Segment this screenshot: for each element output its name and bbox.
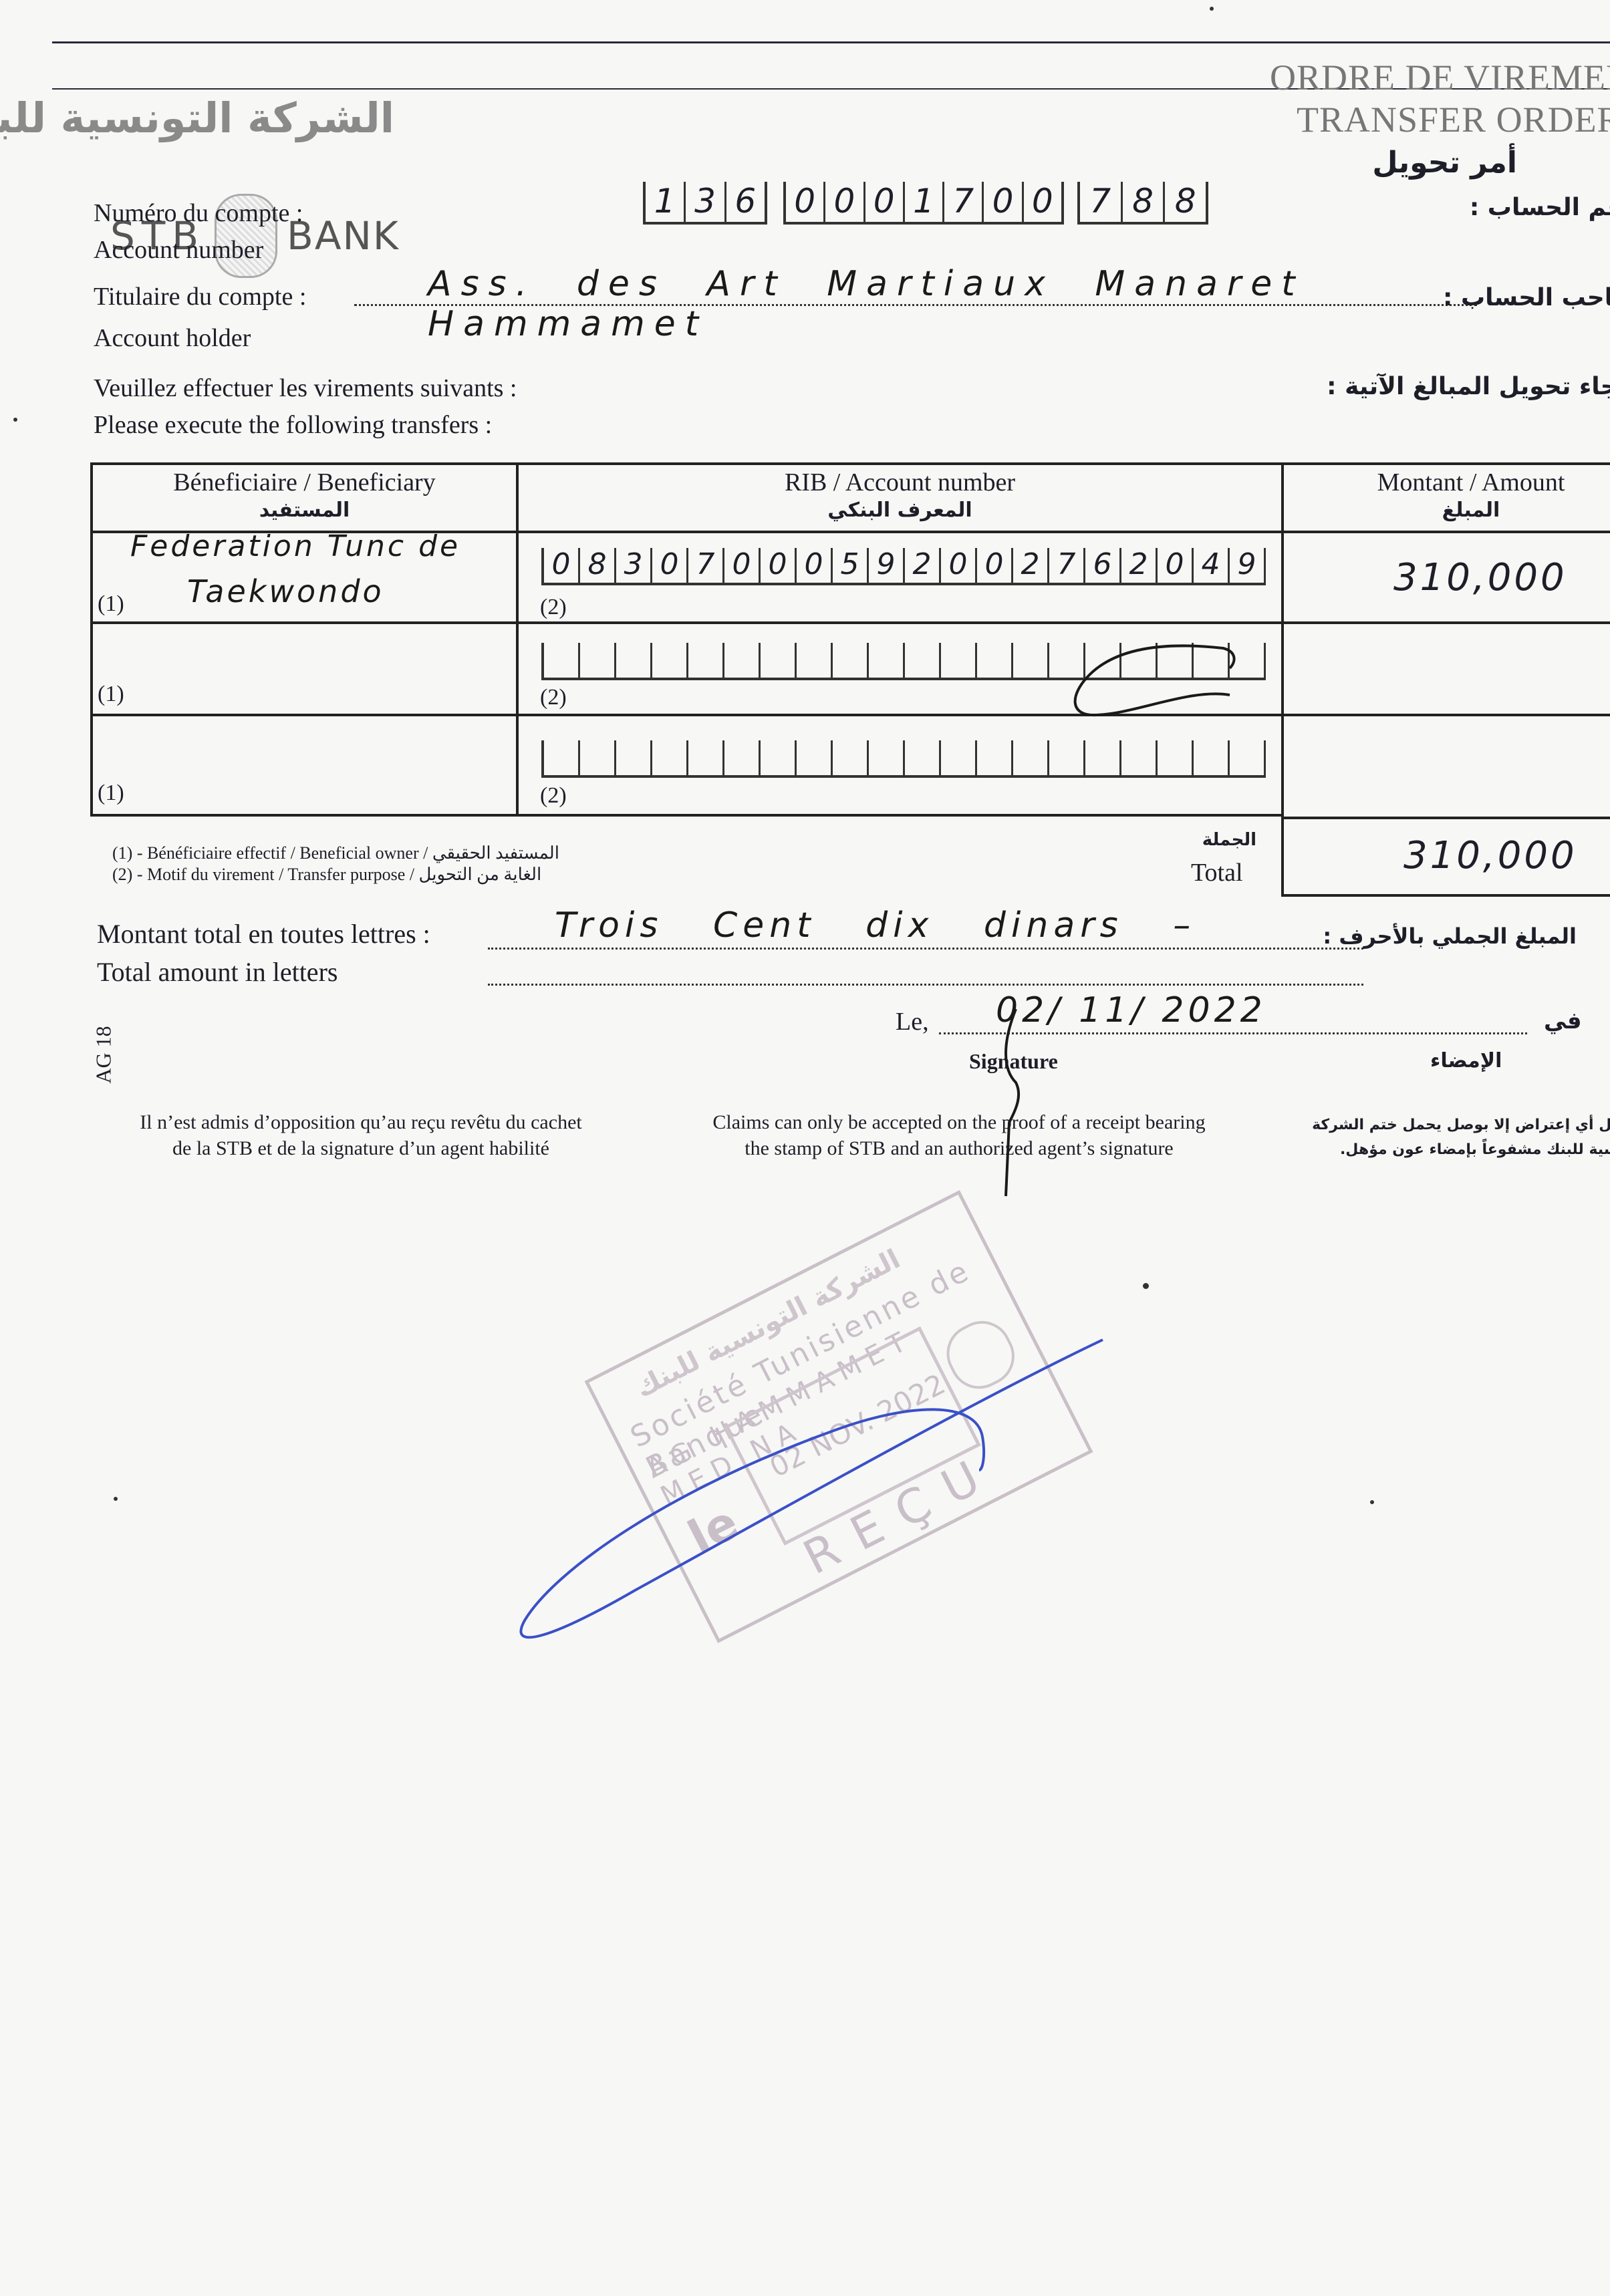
rib-digit[interactable] xyxy=(941,740,977,775)
account-holder-label-en: Account holder xyxy=(94,325,251,351)
rib-digit[interactable] xyxy=(688,643,724,678)
speck xyxy=(1210,7,1214,11)
rib-digit[interactable] xyxy=(724,643,761,678)
header-amount: Montant / Amount المبلغ xyxy=(1284,468,1610,523)
top-rule xyxy=(52,41,1610,43)
account-number-main[interactable]: 0001700 xyxy=(783,182,1064,225)
account-digit[interactable]: 0 xyxy=(1024,182,1061,222)
amount-letters-line-2 xyxy=(488,984,1363,986)
disclaimer-ar-line2: التونسية للبنك مشفوعاً بإمضاء عون مؤهل. xyxy=(1312,1137,1610,1162)
instructions-en: Please execute the following transfers : xyxy=(94,412,492,438)
disclaimer-fr-line1: Il n’est admis d’opposition qu’au reçu r… xyxy=(94,1109,628,1135)
account-holder-input[interactable]: Ass. des Art Martiaux Manaret Hammamet xyxy=(428,264,1610,344)
rib-digit[interactable] xyxy=(1230,740,1266,775)
rib-digit[interactable] xyxy=(761,740,797,775)
rib-digit[interactable]: 0 xyxy=(1158,548,1194,583)
rib-digit[interactable]: 0 xyxy=(544,548,580,583)
rib-digit[interactable]: 6 xyxy=(1085,548,1121,583)
speck xyxy=(13,418,17,422)
header-beneficiary: Béneficiaire / Beneficiary المستفيد xyxy=(93,468,516,523)
footnote-1: (1) - Bénéficiaire effectif / Beneficial… xyxy=(112,843,559,863)
rib-digit[interactable] xyxy=(1085,643,1121,678)
account-digit[interactable]: 7 xyxy=(1080,182,1123,222)
rib-digit[interactable] xyxy=(652,740,688,775)
total-amount[interactable]: 310,000 xyxy=(1403,834,1577,877)
rib-digit[interactable] xyxy=(688,740,724,775)
account-holder-label-ar: صاحب الحساب : xyxy=(1443,284,1610,311)
instructions-fr: Veuillez effectuer les virements suivant… xyxy=(94,376,517,401)
rib-digit[interactable]: 8 xyxy=(580,548,616,583)
rib-digit[interactable] xyxy=(616,643,652,678)
rib-digit[interactable] xyxy=(1049,740,1085,775)
disclaimer-fr-line2: de la STB et de la signature d’un agent … xyxy=(94,1135,628,1161)
account-holder-label: Titulaire du compte : xyxy=(94,284,306,309)
rib-digit[interactable] xyxy=(1194,643,1230,678)
beneficiary-row1-line2[interactable]: Taekwondo xyxy=(187,573,384,609)
rib-digit[interactable] xyxy=(941,643,977,678)
rib-digit[interactable] xyxy=(724,740,761,775)
rib-digit[interactable] xyxy=(1194,740,1230,775)
account-digit[interactable]: 7 xyxy=(944,182,984,222)
rib-digit[interactable]: 9 xyxy=(869,548,905,583)
rib-digit[interactable]: 0 xyxy=(652,548,688,583)
row1-marker1: (1) xyxy=(98,591,124,617)
rib-digit[interactable]: 0 xyxy=(761,548,797,583)
account-number-label: Numéro du compte : xyxy=(94,200,303,226)
bank-stamp: الشركة التونسية للبنك Société Tunisienne… xyxy=(584,1190,1093,1643)
account-digit[interactable]: 0 xyxy=(865,182,905,222)
rib-digit[interactable] xyxy=(652,643,688,678)
row3-marker1: (1) xyxy=(98,780,124,806)
date-label-ar: في xyxy=(1544,1008,1582,1034)
row2-marker2: (2) xyxy=(540,685,567,710)
account-digit[interactable]: 1 xyxy=(646,182,686,222)
account-number-key[interactable]: 788 xyxy=(1077,182,1208,225)
rib-digit[interactable] xyxy=(977,740,1013,775)
account-number-label-ar: رقم الحساب : xyxy=(1470,194,1610,221)
rib-digit[interactable] xyxy=(977,643,1013,678)
row1-marker2: (2) xyxy=(540,595,567,620)
date-input[interactable]: 02/ 11/ 2022 xyxy=(996,990,1266,1030)
header-rib-label: RIB / Account number xyxy=(519,468,1281,498)
rib-digit[interactable] xyxy=(1013,643,1049,678)
rib-digit[interactable] xyxy=(869,740,905,775)
header-beneficiary-label: Béneficiaire / Beneficiary xyxy=(93,468,516,498)
disclaimer-en-line1: Claims can only be accepted on the proof… xyxy=(658,1109,1260,1135)
rib-digit[interactable] xyxy=(797,643,833,678)
date-line xyxy=(939,1032,1527,1034)
account-digit[interactable]: 3 xyxy=(686,182,726,222)
header-beneficiary-label-ar: المستفيد xyxy=(93,498,516,523)
amount-row1[interactable]: 310,000 xyxy=(1393,556,1567,599)
rib-digit[interactable] xyxy=(905,740,941,775)
row3-marker2: (2) xyxy=(540,783,567,809)
rib-digit[interactable] xyxy=(580,740,616,775)
rib-digit[interactable] xyxy=(833,740,869,775)
rib-digit[interactable]: 2 xyxy=(905,548,941,583)
rib-row1[interactable]: 08307000592002762049 xyxy=(541,548,1266,585)
total-label: Total xyxy=(1191,860,1243,885)
rib-digit[interactable] xyxy=(1158,643,1194,678)
rib-digit[interactable]: 7 xyxy=(1049,548,1085,583)
footnote-2: (2) - Motif du virement / Transfer purpo… xyxy=(112,865,541,885)
title-ar: أمر تحويل xyxy=(1383,146,1517,180)
bank-logo-bank: BANK xyxy=(287,213,400,259)
rib-digit[interactable]: 2 xyxy=(1013,548,1049,583)
account-digit[interactable]: 8 xyxy=(1123,182,1166,222)
rib-digit[interactable] xyxy=(869,643,905,678)
disclaimer-en: Claims can only be accepted on the proof… xyxy=(658,1109,1260,1161)
header-amount-label: Montant / Amount xyxy=(1284,468,1610,498)
amount-letters-label-ar: المبلغ الجملي بالأحرف : xyxy=(1323,923,1577,949)
disclaimer-fr: Il n’est admis d’opposition qu’au reçu r… xyxy=(94,1109,628,1161)
rib-digit[interactable] xyxy=(1158,740,1194,775)
speck xyxy=(114,1497,118,1501)
account-digit[interactable]: 1 xyxy=(905,182,944,222)
rib-digit[interactable]: 9 xyxy=(1230,548,1266,583)
header-rib: RIB / Account number المعرف البنكي xyxy=(519,468,1281,523)
rib-digit[interactable] xyxy=(580,643,616,678)
disclaimer-ar: لا يقبل أي إعتراض إلا بوصل يحمل ختم الشر… xyxy=(1312,1113,1610,1163)
amount-letters-label-en: Total amount in letters xyxy=(97,959,338,986)
rib-digit[interactable] xyxy=(616,740,652,775)
disclaimer-en-line2: the stamp of STB and an authorized agent… xyxy=(658,1135,1260,1161)
rib-digit[interactable]: 0 xyxy=(724,548,761,583)
rib-digit[interactable]: 7 xyxy=(688,548,724,583)
rib-digit[interactable]: 0 xyxy=(797,548,833,583)
rib-digit[interactable] xyxy=(1121,740,1158,775)
account-digit[interactable]: 0 xyxy=(984,182,1023,222)
speck xyxy=(1143,1283,1149,1289)
rib-digit[interactable] xyxy=(833,643,869,678)
amount-letters-line xyxy=(488,948,1363,950)
signature-label-ar: الإمضاء xyxy=(1430,1049,1502,1072)
date-label: Le, xyxy=(896,1009,929,1034)
rib-digit[interactable] xyxy=(797,740,833,775)
rib-digit[interactable]: 2 xyxy=(1121,548,1158,583)
stamp-date-prefix: le xyxy=(680,1495,747,1566)
rib-digit[interactable] xyxy=(1013,740,1049,775)
account-digit[interactable]: 8 xyxy=(1165,182,1206,222)
rib-digit[interactable] xyxy=(1121,643,1158,678)
rib-digit[interactable]: 0 xyxy=(977,548,1013,583)
account-number-bank-code[interactable]: 136 xyxy=(643,182,767,225)
rib-digit[interactable]: 4 xyxy=(1194,548,1230,583)
instructions-ar: الرجاء تحويل المبالغ الآتية : xyxy=(1327,373,1610,400)
rib-digit[interactable] xyxy=(761,643,797,678)
date-signature-icon xyxy=(1006,1009,1019,1196)
rib-row3[interactable] xyxy=(541,740,1266,778)
rib-digit[interactable] xyxy=(544,643,580,678)
bank-logo-arabic: الشركة التونسية للبنك xyxy=(114,94,394,142)
rib-digit[interactable] xyxy=(1230,643,1266,678)
account-digit[interactable]: 6 xyxy=(726,182,765,222)
rib-digit[interactable] xyxy=(544,740,580,775)
header-rib-label-ar: المعرف البنكي xyxy=(519,498,1281,523)
total-label-ar: الجملة xyxy=(1190,830,1256,850)
signature-label: Signature xyxy=(969,1049,1058,1074)
rib-digit[interactable] xyxy=(1049,643,1085,678)
form-code: AG 18 xyxy=(92,1026,116,1083)
disclaimer-ar-line1: لا يقبل أي إعتراض إلا بوصل يحمل ختم الشر… xyxy=(1312,1113,1610,1137)
amount-letters-input[interactable]: Trois Cent dix dinars – xyxy=(555,905,1196,946)
account-digit[interactable]: 0 xyxy=(825,182,865,222)
speck xyxy=(1370,1500,1374,1504)
rib-digit[interactable]: 3 xyxy=(616,548,652,583)
title-fr: ORDRE DE VIREMENT xyxy=(1270,57,1610,98)
account-number-label-en: Account number xyxy=(94,237,263,263)
header-amount-label-ar: المبلغ xyxy=(1284,498,1610,523)
amount-letters-label: Montant total en toutes lettres : xyxy=(97,921,430,948)
account-digit[interactable]: 0 xyxy=(786,182,825,222)
rib-digit[interactable] xyxy=(1085,740,1121,775)
rib-digit[interactable] xyxy=(905,643,941,678)
rib-digit[interactable]: 5 xyxy=(833,548,869,583)
title-en: TRANSFER ORDER xyxy=(1297,99,1610,140)
row2-marker1: (1) xyxy=(98,682,124,707)
rib-row2[interactable] xyxy=(541,643,1266,680)
rib-digit[interactable]: 0 xyxy=(941,548,977,583)
beneficiary-row1-line1[interactable]: Federation Tunc de xyxy=(130,529,460,563)
